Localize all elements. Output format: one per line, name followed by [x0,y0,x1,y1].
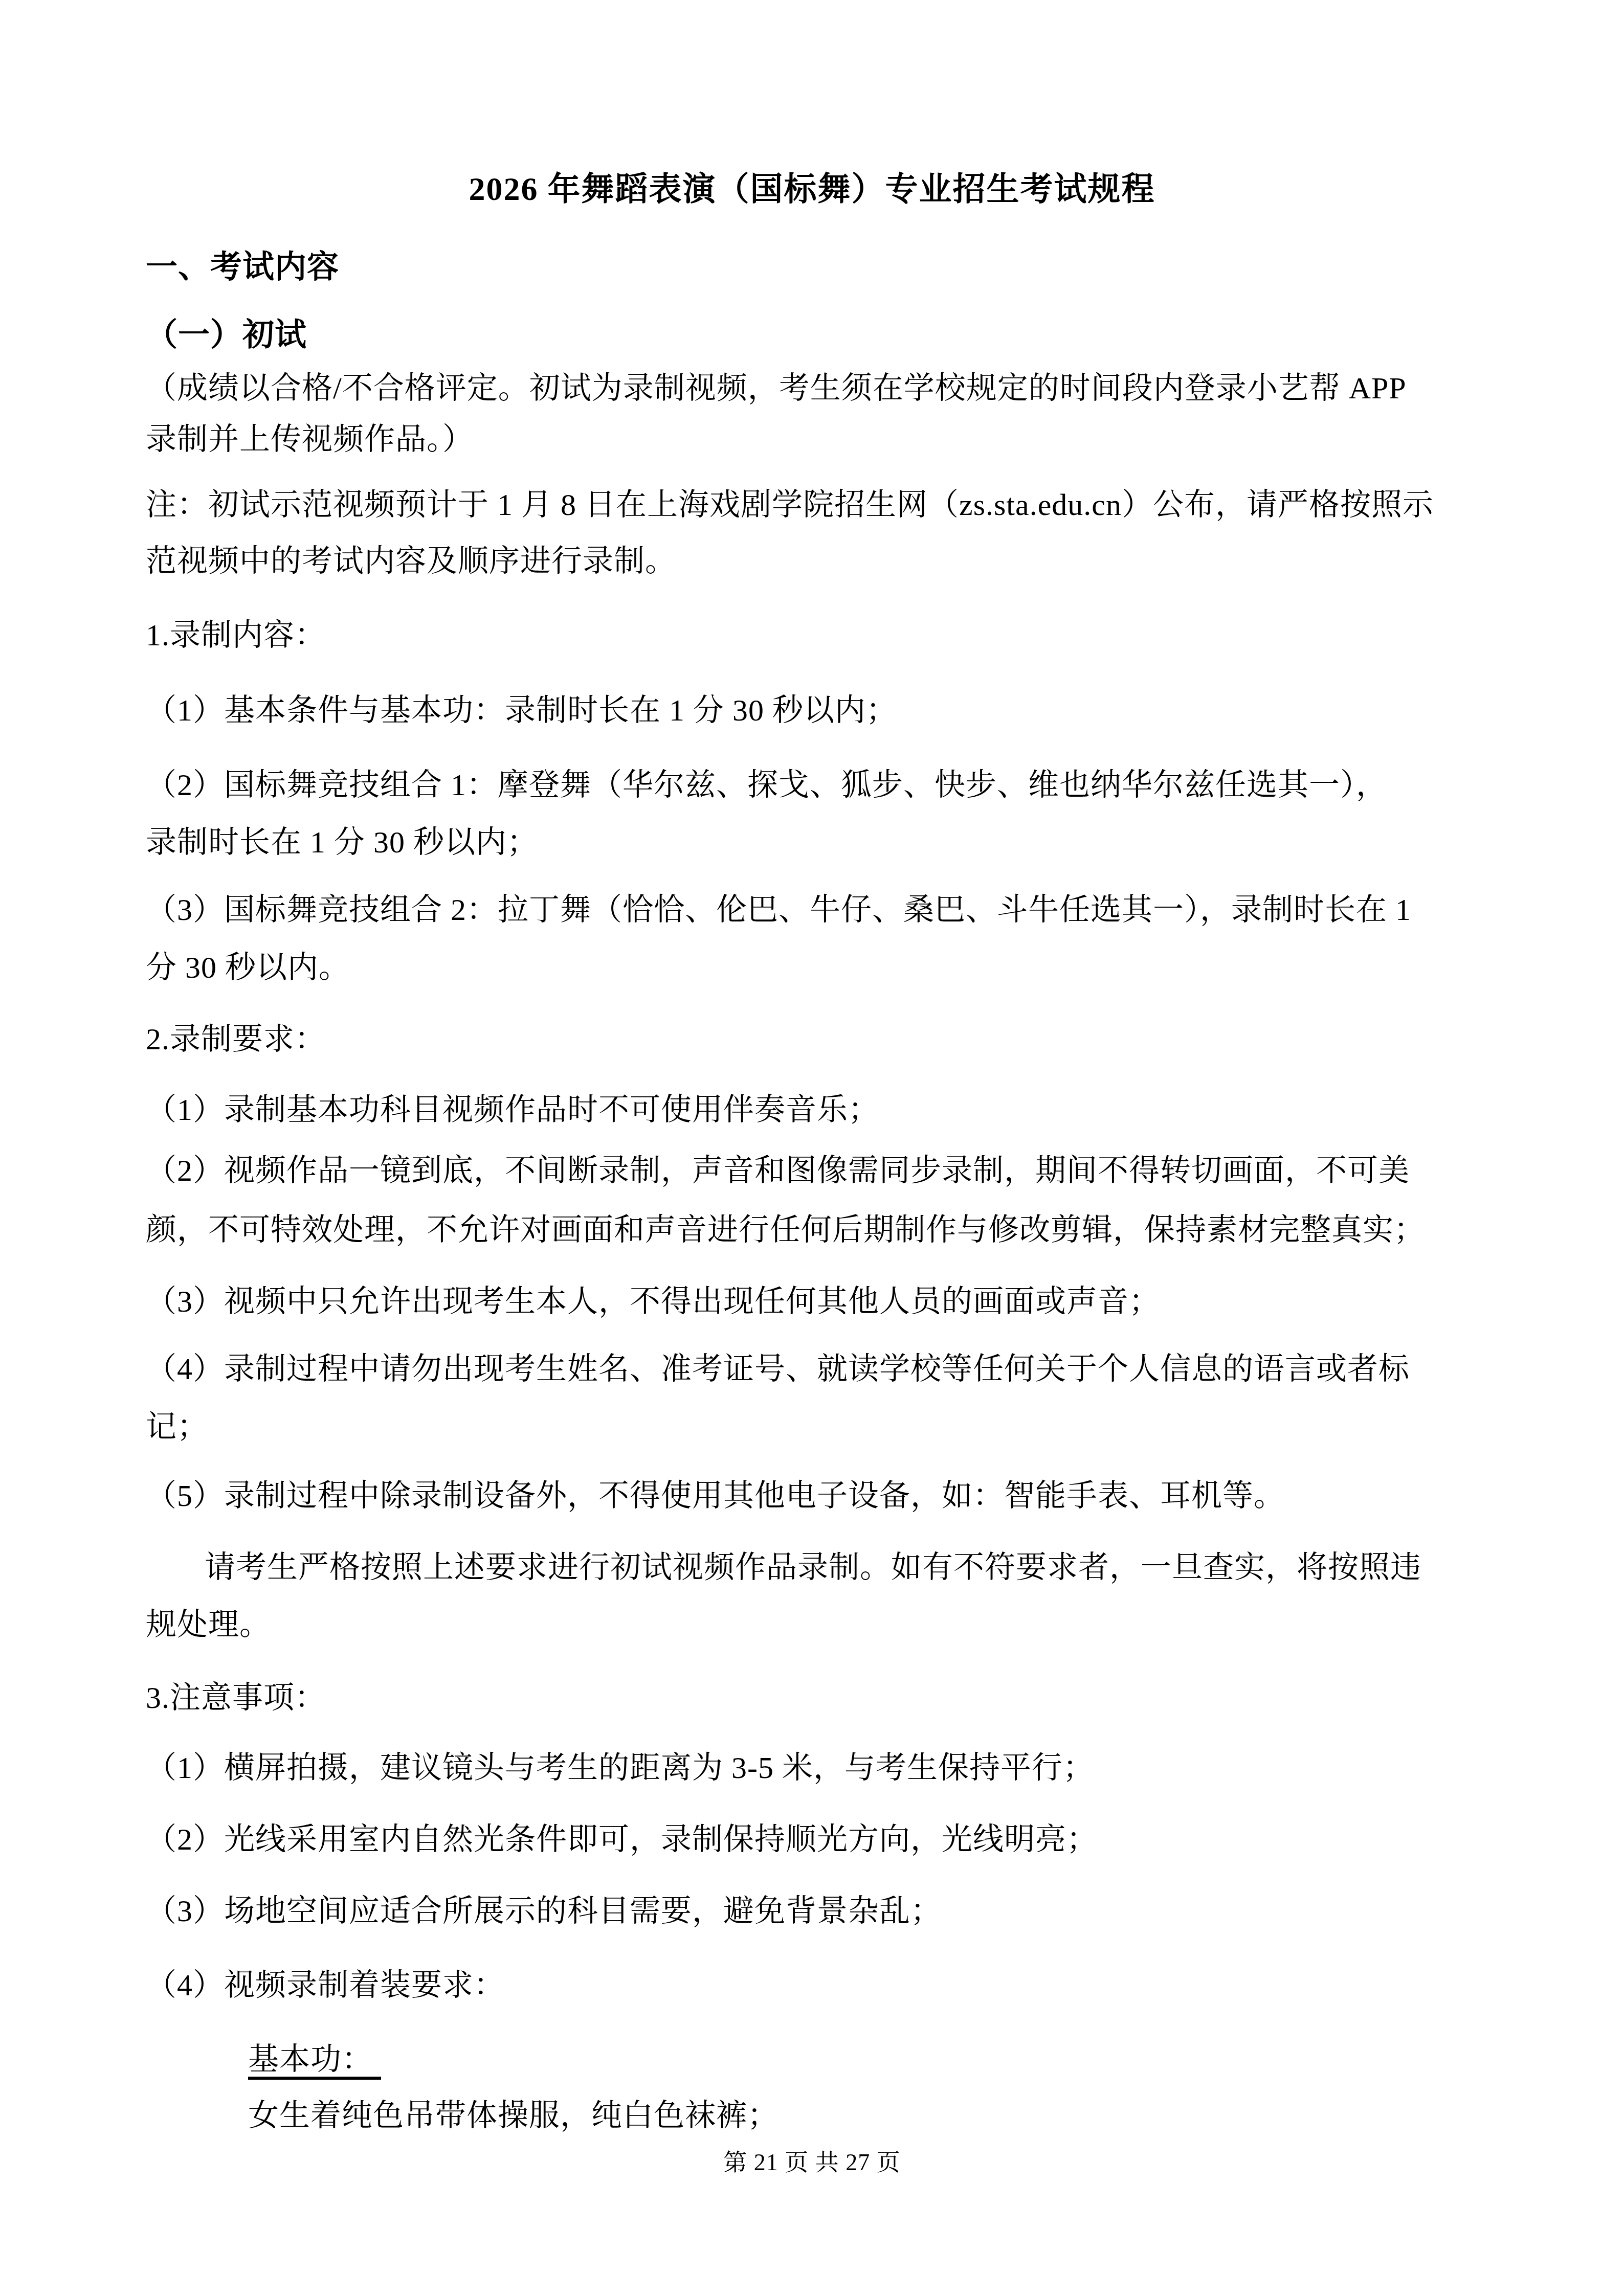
paragraph-line: （1）录制基本功科目视频作品时不可使用伴奏音乐； [146,1091,879,1129]
paragraph-line: 规处理。 [146,1606,271,1644]
label-basic-skills: 基本功： [248,2040,381,2079]
paragraph-line: 范视频中的考试内容及顺序进行录制。 [146,542,676,580]
paragraph-line: （成绩以合格/不合格评定。初试为录制视频，考生须在学校规定的时间段内登录小艺帮 … [146,369,1407,408]
paragraph-line: （5）录制过程中除录制设备外，不得使用其他电子设备，如：智能手表、耳机等。 [146,1477,1285,1515]
heading-notes: 3.注意事项： [146,1679,326,1717]
paragraph-line: 女生着纯色吊带体操服，纯白色袜裤； [248,2097,778,2135]
paragraph-line: （3）视频中只允许出现考生本人，不得出现任何其他人员的画面或声音； [146,1282,1160,1321]
paragraph-line: （2）光线采用室内自然光条件即可，录制保持顺光方向，光线明亮； [146,1820,1098,1859]
heading-record-require: 2.录制要求： [146,1020,326,1059]
paragraph-line: 录制并上传视频作品。） [146,420,474,459]
paragraph-line: 颜，不可特效处理，不允许对画面和声音进行任何后期制作与修改剪辑，保持素材完整真实… [146,1211,1425,1249]
doc-title: 2026 年舞蹈表演（国标舞）专业招生考试规程 [0,169,1624,210]
document-page: 2026 年舞蹈表演（国标舞）专业招生考试规程 一、考试内容 （一）初试 （成绩… [0,0,1624,2296]
heading-first-round: （一）初试 [146,316,307,356]
paragraph-line: （4）视频录制着装要求： [146,1966,505,2005]
paragraph-line: 记； [146,1408,208,1446]
paragraph-line: （1）横屏拍摄，建议镜头与考生的距离为 3-5 米，与考生保持平行； [146,1749,1094,1787]
paragraph-line: （3）国标舞竞技组合 2：拉丁舞（恰恰、伦巴、牛仔、桑巴、斗牛任选其一），录制时… [146,891,1411,929]
paragraph-line: （2）视频作品一镜到底，不间断录制，声音和图像需同步录制，期间不得转切画面，不可… [146,1152,1410,1190]
paragraph-line: 请考生严格按照上述要求进行初试视频作品录制。如有不符要求者，一旦查实，将按照违 [205,1548,1421,1587]
paragraph-line: （4）录制过程中请勿出现考生姓名、准考证号、就读学校等任何关于个人信息的语言或者… [146,1350,1410,1388]
heading-record-content: 1.录制内容： [146,616,326,655]
paragraph-line: 分 30 秒以内。 [146,949,350,987]
paragraph-line: （3）场地空间应适合所展示的科目需要，避免背景杂乱； [146,1892,942,1930]
paragraph-line: （2）国标舞竞技组合 1：摩登舞（华尔兹、探戈、狐步、快步、维也纳华尔兹任选其一… [146,766,1387,804]
heading-exam-content: 一、考试内容 [146,248,339,288]
paragraph-line: 注：初试示范视频预计于 1 月 8 日在上海戏剧学院招生网（zs.sta.edu… [146,486,1434,524]
footer-page-number: 第 21 页 共 27 页 [0,2148,1624,2177]
paragraph-line: 录制时长在 1 分 30 秒以内； [146,823,538,862]
paragraph-line: （1）基本条件与基本功：录制时长在 1 分 30 秒以内； [146,691,897,730]
